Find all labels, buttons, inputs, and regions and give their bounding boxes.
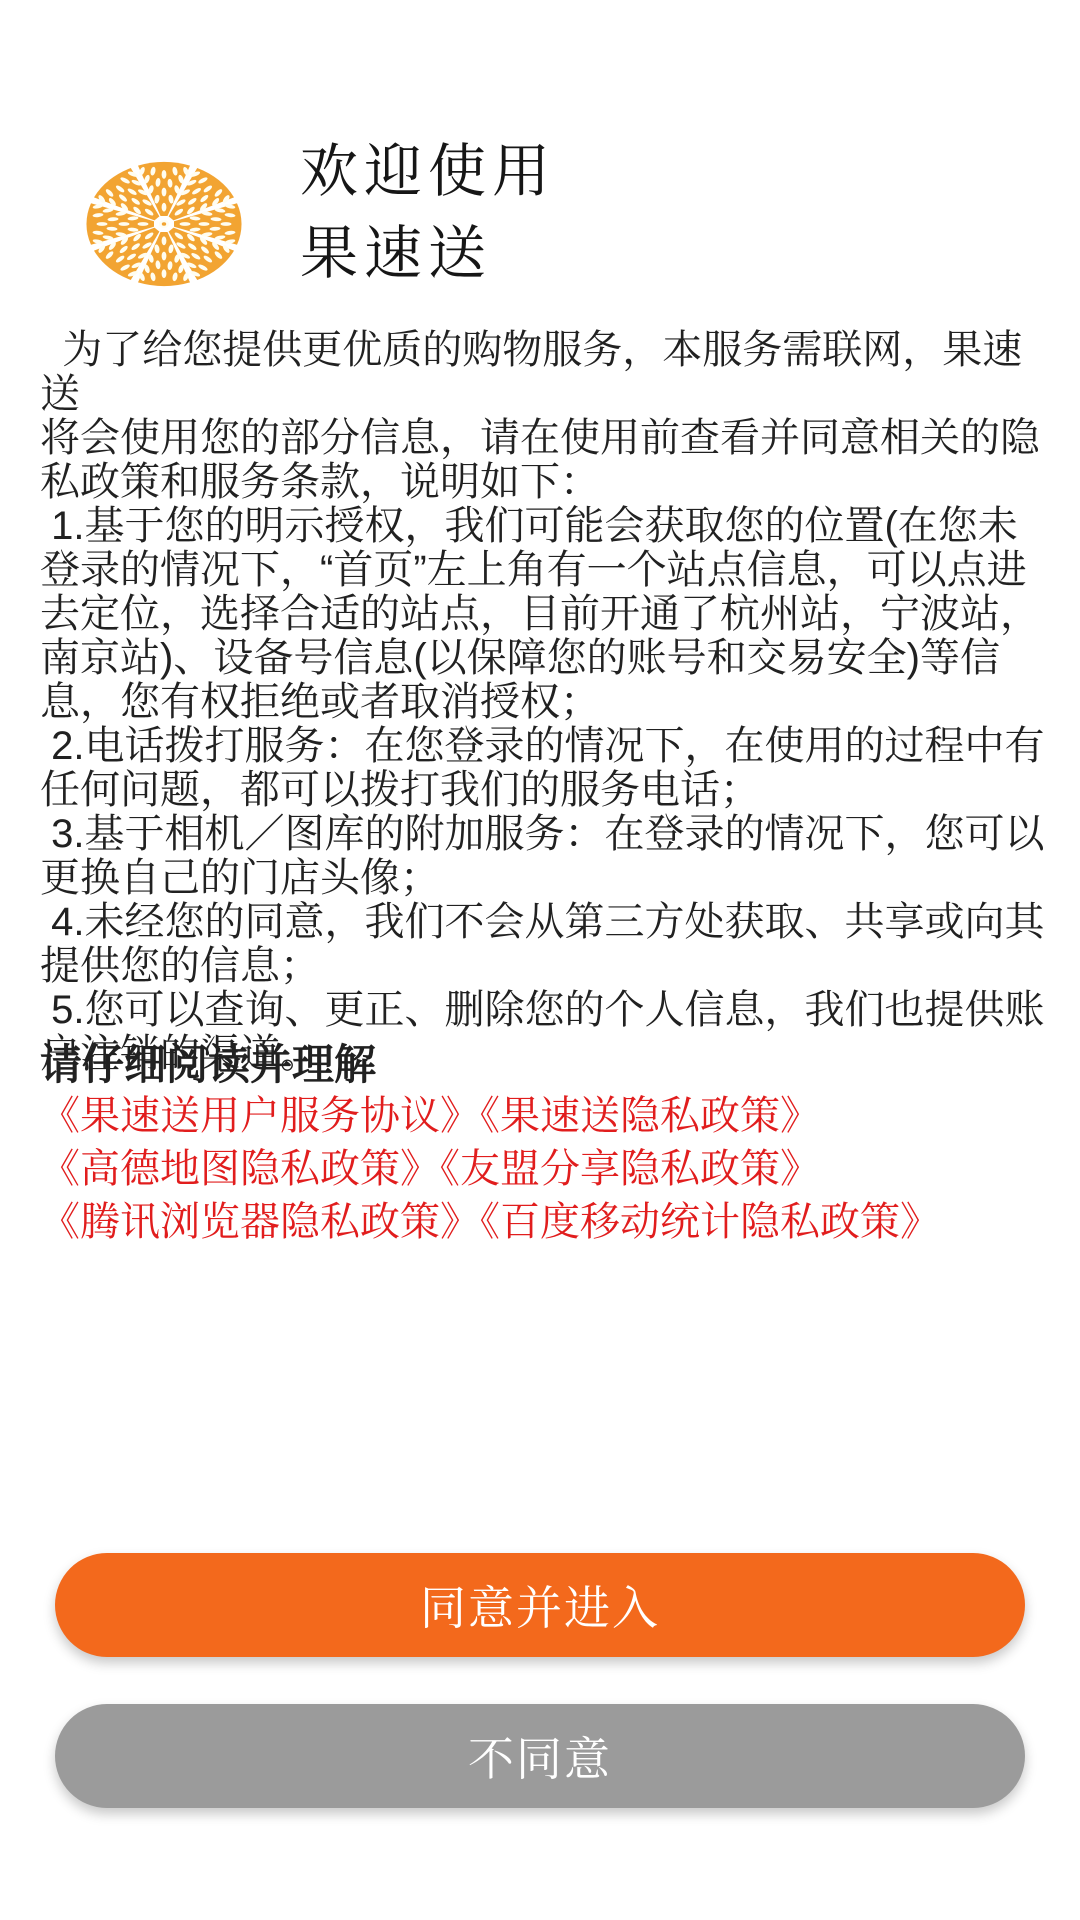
policy-links: 《果速送用户服务协议》《果速送隐私政策》 《高德地图隐私政策》《友盟分享隐私政策… bbox=[40, 1090, 940, 1249]
welcome-title: 欢迎使用 果速送 bbox=[300, 131, 556, 295]
link-amap-privacy-policy[interactable]: 《高德地图隐私政策》 bbox=[40, 1147, 440, 1191]
link-tencent-browser-privacy-policy[interactable]: 《腾讯浏览器隐私政策》 bbox=[40, 1200, 480, 1244]
link-baidu-mobile-stats-privacy-policy[interactable]: 《百度移动统计隐私政策》 bbox=[480, 1200, 940, 1244]
agree-and-enter-button[interactable]: 同意并进入 bbox=[55, 1553, 1025, 1657]
welcome-title-line1: 欢迎使用 bbox=[300, 131, 556, 213]
app-logo-orange-citrus-icon bbox=[83, 160, 245, 288]
policy-links-row-1: 《果速送用户服务协议》《果速送隐私政策》 bbox=[40, 1090, 940, 1143]
policy-links-row-3: 《腾讯浏览器隐私政策》《百度移动统计隐私政策》 bbox=[40, 1196, 940, 1249]
link-user-service-agreement[interactable]: 《果速送用户服务协议》 bbox=[40, 1094, 480, 1138]
privacy-notice-text: 为了给您提供更优质的购物服务，本服务需联网，果速送 将会使用您的部分信息，请在使… bbox=[40, 328, 1045, 1076]
read-carefully-heading: 请仔细阅读并理解 bbox=[40, 1032, 376, 1092]
policy-links-row-2: 《高德地图隐私政策》《友盟分享隐私政策》 bbox=[40, 1143, 940, 1196]
welcome-title-line2: 果速送 bbox=[300, 213, 556, 295]
link-umeng-share-privacy-policy[interactable]: 《友盟分享隐私政策》 bbox=[440, 1147, 820, 1191]
link-app-privacy-policy[interactable]: 《果速送隐私政策》 bbox=[480, 1094, 820, 1138]
disagree-button[interactable]: 不同意 bbox=[55, 1704, 1025, 1808]
privacy-consent-screen: 欢迎使用 果速送 为了给您提供更优质的购物服务，本服务需联网，果速送 将会使用您… bbox=[0, 0, 1080, 1920]
